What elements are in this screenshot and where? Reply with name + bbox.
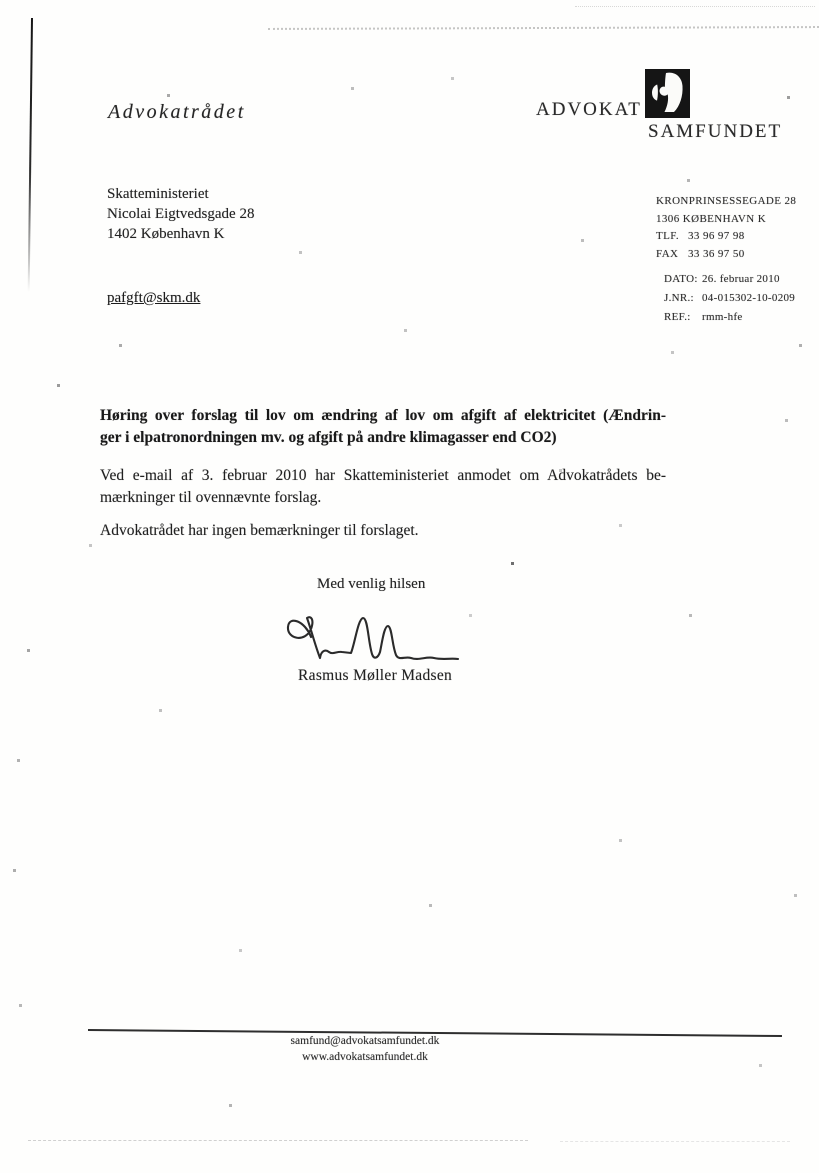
- athena-helmet-icon: [645, 69, 690, 118]
- paragraph-line: Ved e-mail af 3. februar 2010 har Skatte…: [100, 465, 666, 487]
- signer-name: Rasmus Møller Madsen: [298, 667, 452, 685]
- fax-label: FAX: [656, 246, 688, 264]
- date-value: 26. februar 2010: [702, 273, 780, 285]
- letter-meta-block: DATO:26. februar 2010 J.NR.:04-015302-10…: [664, 270, 819, 327]
- subject-heading: Høring over forslag til lov om ændring a…: [100, 405, 666, 448]
- sender-phone-row: TLF.33 96 97 98: [656, 228, 819, 246]
- scan-noise-speckles: [0, 0, 1, 1]
- footer-contact: samfund@advokatsamfundet.dk www.advokats…: [240, 1034, 490, 1065]
- paragraph-line: mærkninger til ovennævnte forslag.: [100, 487, 666, 509]
- date-label: DATO:: [664, 270, 702, 289]
- scan-artifact-left-edge: [28, 18, 33, 292]
- jnr-value: 04-015302-10-0209: [702, 292, 795, 304]
- council-wordmark: Advokatrådet: [108, 101, 246, 124]
- closing-salutation: Med venlig hilsen: [317, 576, 425, 593]
- journal-number-row: J.NR.:04-015302-10-0209: [664, 289, 819, 308]
- phone-number: 33 96 97 98: [688, 230, 745, 242]
- recipient-address-block: Skatteministeriet Nicolai Eigtvedsgade 2…: [107, 184, 254, 244]
- logo-word-advokat: ADVOKAT: [536, 99, 642, 121]
- ref-value: rmm-hfe: [702, 311, 743, 323]
- sender-street: KRONPRINSESSEGADE 28: [656, 193, 819, 211]
- scan-artifact-top-line: [268, 26, 819, 30]
- reference-row: REF.:rmm-hfe: [664, 308, 819, 327]
- subject-line: Høring over forslag til lov om ændring a…: [100, 405, 666, 427]
- body-paragraph-1: Ved e-mail af 3. februar 2010 har Skatte…: [100, 465, 666, 508]
- sender-fax-row: FAX33 36 97 50: [656, 246, 819, 264]
- recipient-email: pafgft@skm.dk: [107, 290, 200, 307]
- date-row: DATO:26. februar 2010: [664, 270, 819, 289]
- recipient-line: Nicolai Eigtvedsgade 28: [107, 204, 254, 224]
- sender-contact-block: KRONPRINSESSEGADE 28 1306 KØBENHAVN K TL…: [656, 193, 819, 263]
- scan-artifact-bottom-line: [28, 1140, 528, 1141]
- footer-website: www.advokatsamfundet.dk: [240, 1050, 490, 1066]
- phone-label: TLF.: [656, 228, 688, 246]
- subject-line: ger i elpatronordningen mv. og afgift på…: [100, 427, 666, 449]
- scanned-letter-page: Advokatrådet ADVOKAT SAMFUNDET Skattemin…: [0, 0, 819, 1173]
- sender-city: 1306 KØBENHAVN K: [656, 211, 819, 229]
- recipient-line: 1402 København K: [107, 224, 254, 244]
- scan-artifact-top-line-2: [575, 6, 815, 7]
- ref-label: REF.:: [664, 308, 702, 327]
- footer-email: samfund@advokatsamfundet.dk: [240, 1034, 490, 1050]
- handwritten-signature: [281, 605, 463, 669]
- logo-word-samfundet: SAMFUNDET: [648, 121, 782, 143]
- scan-artifact-bottom-line-2: [560, 1141, 790, 1142]
- body-paragraph-2: Advokatrådet har ingen bemærkninger til …: [100, 520, 666, 542]
- fax-number: 33 36 97 50: [688, 248, 745, 260]
- recipient-line: Skatteministeriet: [107, 184, 254, 204]
- jnr-label: J.NR.:: [664, 289, 702, 308]
